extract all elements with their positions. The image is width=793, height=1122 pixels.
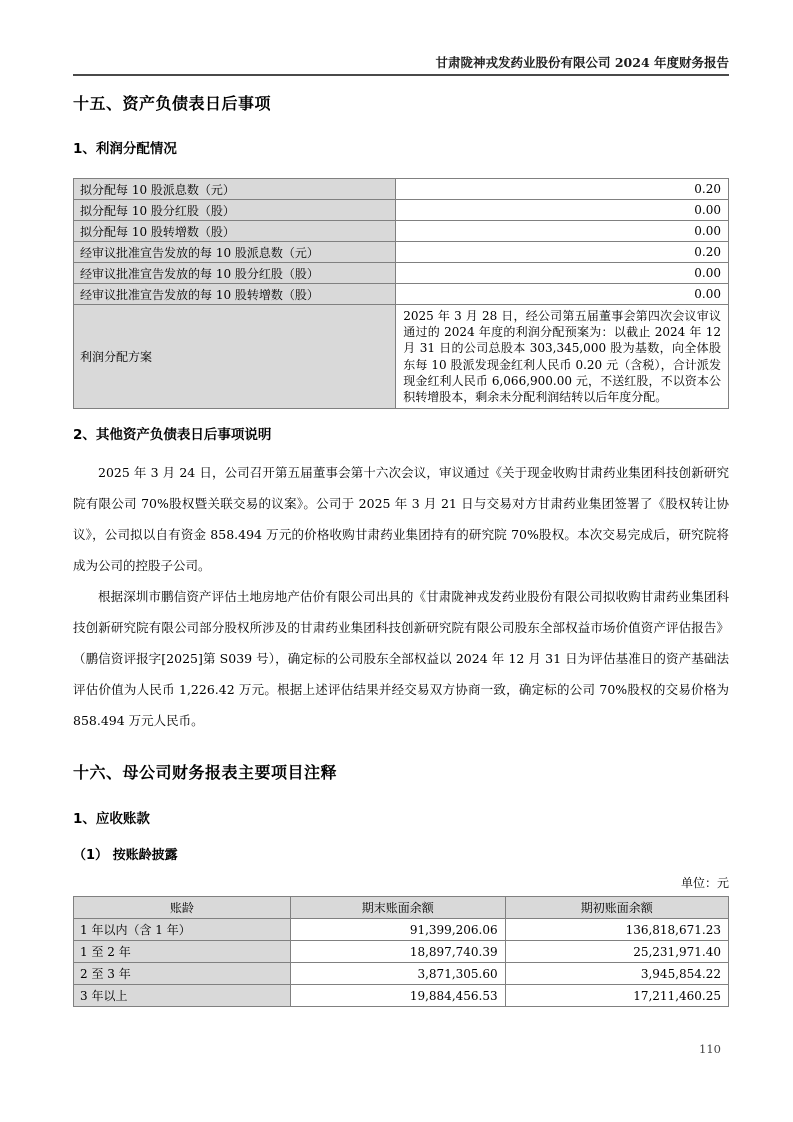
table-cell-value: 0.00 <box>396 200 729 221</box>
table-cell-value: 0.00 <box>396 284 729 305</box>
receivables-title: 1、应收账款 <box>73 811 729 827</box>
table-cell-ending: 91,399,206.06 <box>290 919 505 941</box>
table-cell-label: 利润分配方案 <box>74 305 396 409</box>
profit-distribution-title: 1、利润分配情况 <box>73 141 729 157</box>
column-header-beginning-balance: 期初账面余额 <box>505 897 728 919</box>
table-cell-ending: 3,871,305.60 <box>290 963 505 985</box>
column-header-ending-balance: 期末账面余额 <box>290 897 505 919</box>
table-row: 1 年以内（含 1 年） 91,399,206.06 136,818,671.2… <box>74 919 729 941</box>
profit-distribution-table: 拟分配每 10 股派息数（元） 0.20 拟分配每 10 股分红股（股） 0.0… <box>73 178 729 409</box>
table-cell-plan-text: 2025 年 3 月 28 日，经公司第五届董事会第四次会议审议通过的 2024… <box>396 305 729 409</box>
unit-label: 单位：元 <box>73 876 729 890</box>
table-cell-label: 拟分配每 10 股转增数（股） <box>74 221 396 242</box>
table-row: 3 年以上 19,884,456.53 17,211,460.25 <box>74 985 729 1007</box>
page-number: 110 <box>699 1042 721 1056</box>
aging-table: 账龄 期末账面余额 期初账面余额 1 年以内（含 1 年） 91,399,206… <box>73 896 729 1007</box>
table-cell-value: 0.20 <box>396 179 729 200</box>
document-header: 甘肃陇神戎发药业股份有限公司 2024 年度财务报告 <box>73 0 729 76</box>
section-15-title: 十五、资产负债表日后事项 <box>73 95 729 113</box>
page-content: 甘肃陇神戎发药业股份有限公司 2024 年度财务报告 十五、资产负债表日后事项 … <box>73 0 729 1007</box>
table-cell-label: 1 年以内（含 1 年） <box>74 919 291 941</box>
table-row: 利润分配方案 2025 年 3 月 28 日，经公司第五届董事会第四次会议审议通… <box>74 305 729 409</box>
aging-disclosure-title: （1） 按账龄披露 <box>73 848 729 863</box>
other-events-title: 2、其他资产负债表日后事项说明 <box>73 427 729 443</box>
table-row: 2 至 3 年 3,871,305.60 3,945,854.22 <box>74 963 729 985</box>
table-row: 拟分配每 10 股转增数（股） 0.00 <box>74 221 729 242</box>
table-cell-label: 1 至 2 年 <box>74 941 291 963</box>
table-header-row: 账龄 期末账面余额 期初账面余额 <box>74 897 729 919</box>
other-events-paragraphs: 2025 年 3 月 24 日，公司召开第五届董事会第十六次会议，审议通过《关于… <box>73 457 729 736</box>
section-16-title: 十六、母公司财务报表主要项目注释 <box>73 764 729 782</box>
table-cell-value: 0.00 <box>396 263 729 284</box>
table-cell-beginning: 25,231,971.40 <box>505 941 728 963</box>
table-cell-label: 经审议批准宣告发放的每 10 股派息数（元） <box>74 242 396 263</box>
table-cell-label: 拟分配每 10 股分红股（股） <box>74 200 396 221</box>
table-cell-label: 3 年以上 <box>74 985 291 1007</box>
table-cell-label: 经审议批准宣告发放的每 10 股分红股（股） <box>74 263 396 284</box>
table-row: 1 至 2 年 18,897,740.39 25,231,971.40 <box>74 941 729 963</box>
table-cell-beginning: 136,818,671.23 <box>505 919 728 941</box>
table-row: 经审议批准宣告发放的每 10 股转增数（股） 0.00 <box>74 284 729 305</box>
table-row: 拟分配每 10 股派息数（元） 0.20 <box>74 179 729 200</box>
table-cell-ending: 18,897,740.39 <box>290 941 505 963</box>
table-cell-ending: 19,884,456.53 <box>290 985 505 1007</box>
table-cell-value: 0.00 <box>396 221 729 242</box>
table-cell-beginning: 17,211,460.25 <box>505 985 728 1007</box>
table-cell-value: 0.20 <box>396 242 729 263</box>
paragraph: 2025 年 3 月 24 日，公司召开第五届董事会第十六次会议，审议通过《关于… <box>73 457 729 581</box>
report-title: 甘肃陇神戎发药业股份有限公司 2024 年度财务报告 <box>436 55 730 70</box>
table-row: 经审议批准宣告发放的每 10 股分红股（股） 0.00 <box>74 263 729 284</box>
paragraph: 根据深圳市鹏信资产评估土地房地产估价有限公司出具的《甘肃陇神戎发药业股份有限公司… <box>73 581 729 736</box>
table-cell-label: 2 至 3 年 <box>74 963 291 985</box>
document-page: 甘肃陇神戎发药业股份有限公司 2024 年度财务报告 十五、资产负债表日后事项 … <box>0 0 793 1122</box>
table-row: 经审议批准宣告发放的每 10 股派息数（元） 0.20 <box>74 242 729 263</box>
column-header-aging: 账龄 <box>74 897 291 919</box>
table-cell-beginning: 3,945,854.22 <box>505 963 728 985</box>
table-cell-label: 拟分配每 10 股派息数（元） <box>74 179 396 200</box>
table-row: 拟分配每 10 股分红股（股） 0.00 <box>74 200 729 221</box>
table-cell-label: 经审议批准宣告发放的每 10 股转增数（股） <box>74 284 396 305</box>
